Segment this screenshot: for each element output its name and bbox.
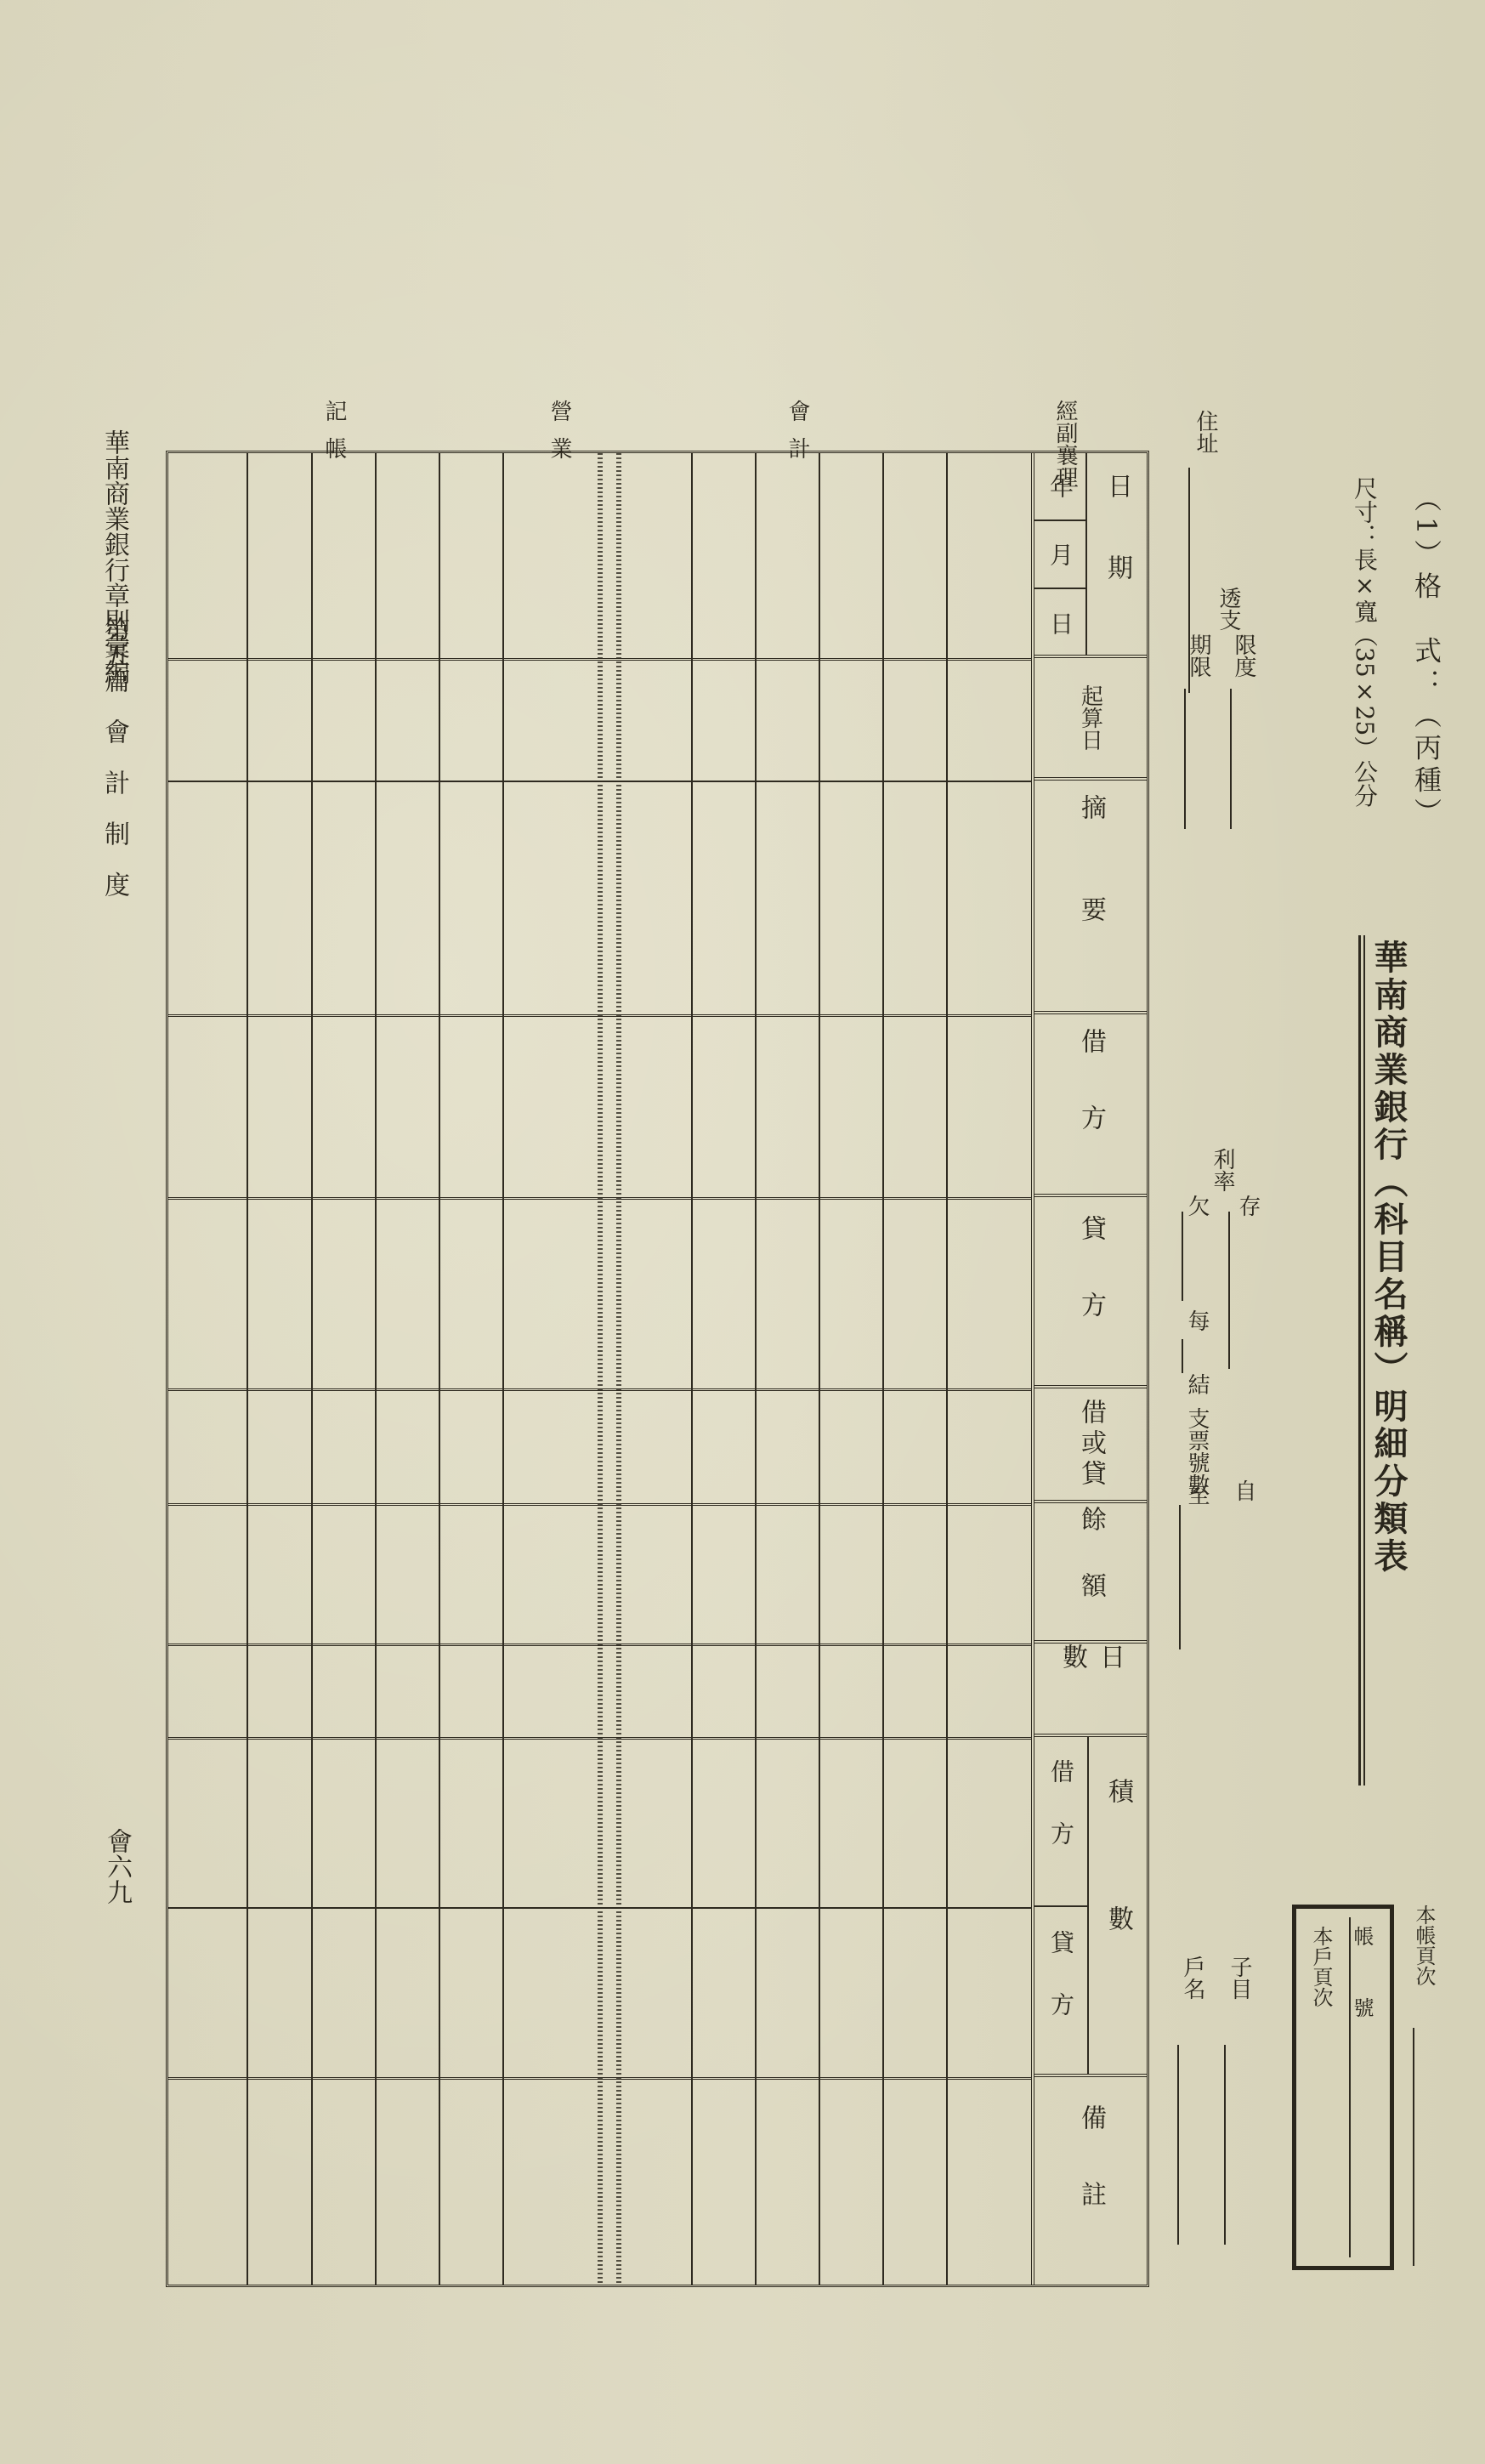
size-label: 尺寸：長×寬（35×25）公分 <box>1347 476 1381 807</box>
form-title: 華南商業銀行（科目名稱）明細分類表 <box>1364 940 1413 1575</box>
to-label: 至 <box>1182 1484 1213 1506</box>
deposit-rate-field[interactable] <box>1228 1212 1230 1369</box>
account-name-field[interactable] <box>1177 2045 1179 2245</box>
col-credit: 貸方 <box>1034 1197 1147 1388</box>
settle-label: 結 <box>1182 1373 1213 1395</box>
cheque-to-field[interactable] <box>1179 1505 1181 1649</box>
limit-amount-label: 限度 <box>1228 633 1260 678</box>
page-number: 會六九 <box>98 1828 135 1905</box>
limit-amount-field[interactable] <box>1230 689 1232 829</box>
col-date-label: 日期 <box>1098 473 1136 636</box>
every-field[interactable] <box>1182 1339 1183 1373</box>
ledger-page-label: 本帳頁次 <box>1409 1905 1439 1986</box>
address-label: 住址 <box>1190 410 1221 454</box>
ledger-table: 日期 年 月 日 起算日 摘要 借方 貸方 借或貸 餘額 日數 積數 借方 貸方… <box>166 451 1149 2287</box>
ledger-page-field <box>1413 2028 1414 2266</box>
limit-term-field[interactable] <box>1184 689 1186 829</box>
table-body[interactable] <box>168 453 1031 2285</box>
ledger-no-label: 帳 號 <box>1347 1926 1377 2033</box>
page-break-marker <box>598 453 603 2285</box>
sub-account-field[interactable] <box>1224 2045 1226 2245</box>
from-label: 自 <box>1228 1479 1260 1502</box>
col-date-year: 年 <box>1034 453 1085 521</box>
col-date: 日期 年 月 日 <box>1034 453 1147 658</box>
col-date-month: 月 <box>1034 521 1085 589</box>
col-accumulated-credit: 貸方 <box>1034 1907 1087 2077</box>
col-accumulated: 積數 借方 貸方 <box>1034 1737 1147 2077</box>
owe-rate-field[interactable] <box>1182 1212 1183 1301</box>
col-dr-or-cr: 借或貸 <box>1034 1388 1147 1503</box>
account-page-label: 本戶頁次 <box>1306 1926 1336 2007</box>
col-date-day: 日 <box>1034 589 1085 657</box>
deposit-label: 存 <box>1233 1195 1264 1217</box>
format-label: （1）格 式：（丙種） <box>1407 485 1446 830</box>
col-summary: 摘要 <box>1034 781 1147 1014</box>
overdraft-label: 透支 <box>1213 587 1244 631</box>
account-name-label: 戶名 <box>1177 1956 1209 2000</box>
sub-account-label: 子目 <box>1224 1956 1255 2000</box>
every-label: 每 <box>1182 1309 1213 1331</box>
chapter-label: 第五篇 會 計 制 度 <box>95 616 133 897</box>
col-accumulated-debit: 借方 <box>1034 1737 1087 1907</box>
cheque-numbers-label: 支票號數 <box>1182 1407 1213 1496</box>
account-box: 帳 號 本戶頁次 <box>1292 1905 1394 2270</box>
owe-label: 欠 <box>1182 1195 1213 1217</box>
page-break-marker-2 <box>616 453 621 2285</box>
interest-rate-label: 利率 <box>1207 1148 1238 1192</box>
col-start-date: 起算日 <box>1034 658 1147 781</box>
col-balance: 餘額 <box>1034 1503 1147 1644</box>
col-debit: 借方 <box>1034 1014 1147 1197</box>
title-rule <box>1358 935 1361 1786</box>
limit-term-label: 期限 <box>1183 633 1215 678</box>
table-header: 日期 年 月 日 起算日 摘要 借方 貸方 借或貸 餘額 日數 積數 借方 貸方… <box>1031 453 1147 2285</box>
col-remarks: 備註 <box>1034 2077 1147 2285</box>
col-days: 日數 <box>1034 1644 1147 1737</box>
col-accumulated-label: 積數 <box>1099 1778 1136 2033</box>
